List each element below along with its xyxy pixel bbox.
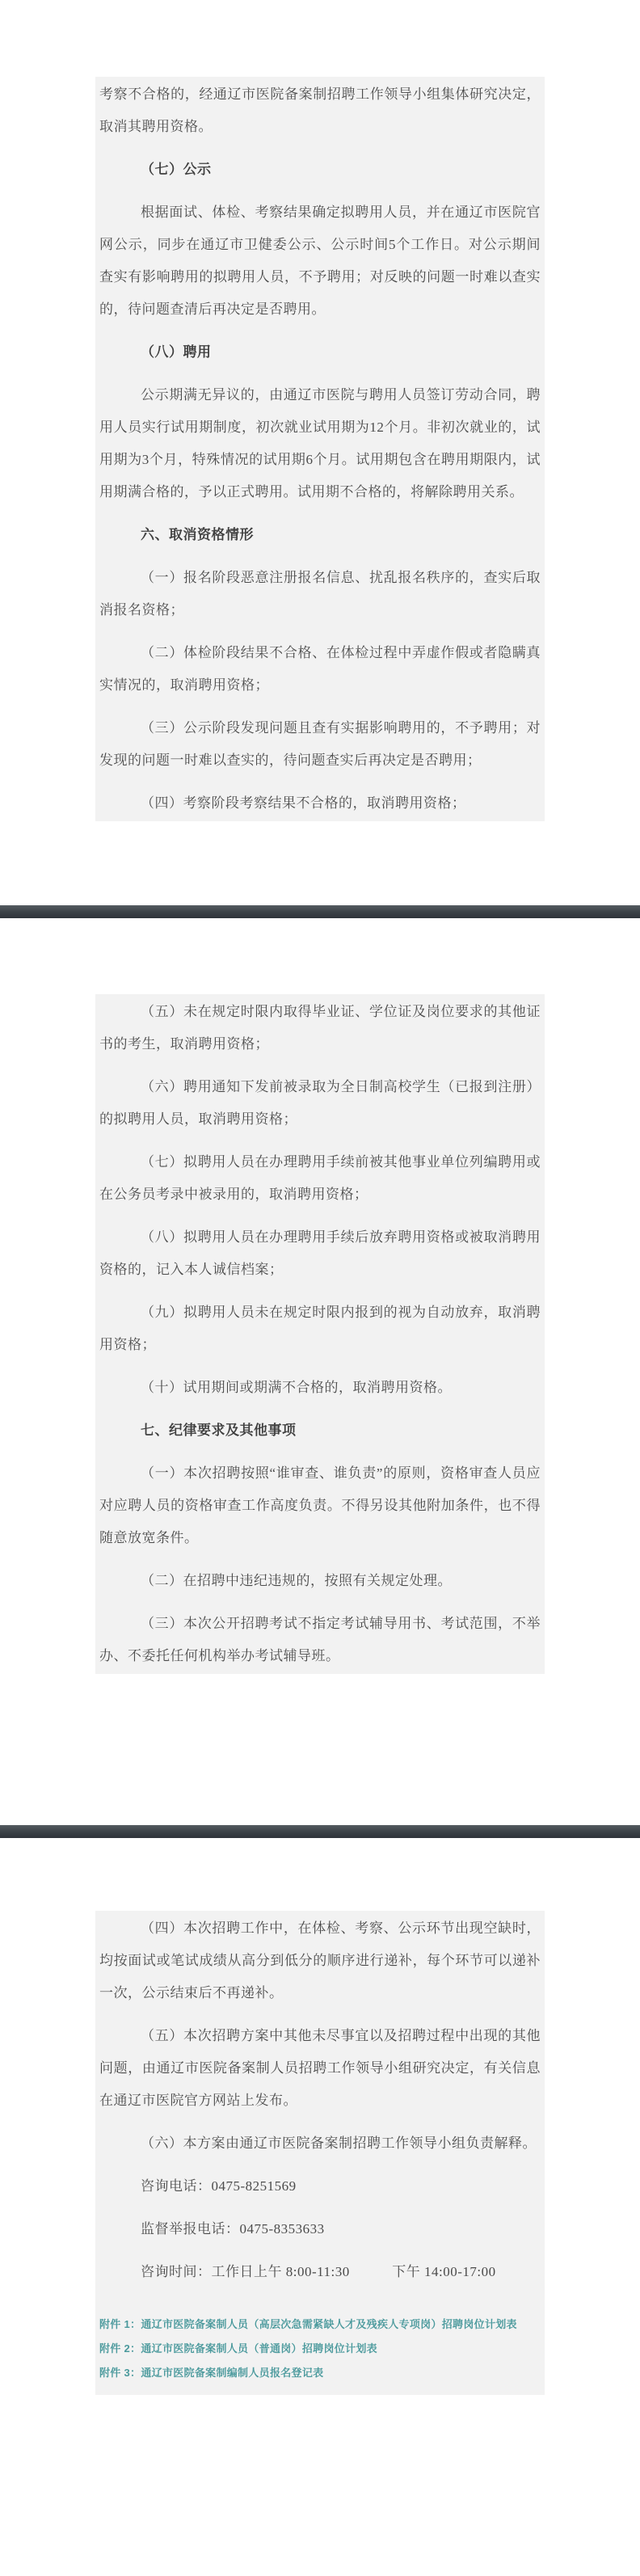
attachment-link-3[interactable]: 附件 3：通辽市医院备案制编制人员报名登记表 [99,2361,541,2385]
report-phone-line: 监督举报电话：0475-8353633 [99,2213,541,2245]
paragraph: （七）拟聘用人员在办理聘用手续前被其他事业单位列编聘用或在公务员考录中被录用的，… [99,1146,541,1211]
page-separator [0,905,640,918]
document-canvas: { "colors": { "page_bg": "#ffffff", "blo… [0,77,640,2576]
paragraph: （一）报名阶段恶意注册报名信息、扰乱报名秩序的，查实后取消报名资格； [99,562,541,626]
paragraph: 公示期满无异议的，由通辽市医院与聘用人员签订劳动合同，聘用人员实行试用期制度，初… [99,379,541,508]
section-heading: （七）公示 [99,154,541,186]
paragraph: （六）聘用通知下发前被录取为全日制高校学生（已报到注册）的拟聘用人员，取消聘用资… [99,1071,541,1136]
paragraph: （一）本次招聘按照“谁审查、谁负责”的原则，资格审查人员应对应聘人员的资格审查工… [99,1457,541,1554]
document-viewer: 考察不合格的，经通辽市医院备案制招聘工作领导小组集体研究决定，取消其聘用资格。 … [0,77,640,2395]
attachment-list: 附件 1：通辽市医院备案制人员（高层次急需紧缺人才及残疾人专项岗）招聘岗位计划表… [99,2312,541,2385]
section-heading: 七、纪律要求及其他事项 [99,1414,541,1447]
paragraph: （八）拟聘用人员在办理聘用手续后放弃聘用资格或被取消聘用资格的，记入本人诚信档案… [99,1221,541,1286]
consult-hours-line: 咨询时间：工作日上午 8:00-11:30 下午 14:00-17:00 [99,2256,541,2288]
section-heading: （八）聘用 [99,336,541,369]
paragraph: （三）公示阶段发现问题且查有实据影响聘用的，不予聘用；对发现的问题一时难以查实的… [99,712,541,777]
paragraph: 考察不合格的，经通辽市医院备案制招聘工作领导小组集体研究决定，取消其聘用资格。 [99,78,541,143]
paragraph: （二）在招聘中违纪违规的，按照有关规定处理。 [99,1565,541,1597]
contact-phone-line: 咨询电话：0475-8251569 [99,2170,541,2203]
paragraph: （二）体检阶段结果不合格、在体检过程中弄虚作假或者隐瞒真实情况的，取消聘用资格； [99,637,541,702]
document-page-2: （五）未在规定时限内取得毕业证、学位证及岗位要求的其他证书的考生，取消聘用资格；… [95,994,545,1674]
document-page-1: 考察不合格的，经通辽市医院备案制招聘工作领导小组集体研究决定，取消其聘用资格。 … [95,77,545,821]
paragraph: （四）考察阶段考察结果不合格的，取消聘用资格； [99,787,541,820]
paragraph: （十）试用期间或期满不合格的，取消聘用资格。 [99,1372,541,1404]
section-heading: 六、取消资格情形 [99,519,541,551]
page-separator [0,1825,640,1838]
attachment-link-2[interactable]: 附件 2：通辽市医院备案制人员（普通岗）招聘岗位计划表 [99,2337,541,2361]
paragraph: （六）本方案由通辽市医院备案制招聘工作领导小组负责解释。 [99,2127,541,2160]
paragraph: （三）本次公开招聘考试不指定考试辅导用书、考试范围，不举办、不委托任何机构举办考… [99,1608,541,1672]
paragraph: （四）本次招聘工作中，在体检、考察、公示环节出现空缺时，均按面试或笔试成绩从高分… [99,1912,541,2009]
paragraph: （九）拟聘用人员未在规定时限内报到的视为自动放弃，取消聘用资格； [99,1296,541,1361]
attachment-link-1[interactable]: 附件 1：通辽市医院备案制人员（高层次急需紧缺人才及残疾人专项岗）招聘岗位计划表 [99,2312,541,2337]
paragraph: 根据面试、体检、考察结果确定拟聘用人员，并在通辽市医院官网公示，同步在通辽市卫健… [99,196,541,326]
document-page-3: （四）本次招聘工作中，在体检、考察、公示环节出现空缺时，均按面试或笔试成绩从高分… [95,1911,545,2395]
paragraph: （五）未在规定时限内取得毕业证、学位证及岗位要求的其他证书的考生，取消聘用资格； [99,996,541,1060]
paragraph: （五）本次招聘方案中其他未尽事宜以及招聘过程中出现的其他问题，由通辽市医院备案制… [99,2020,541,2117]
